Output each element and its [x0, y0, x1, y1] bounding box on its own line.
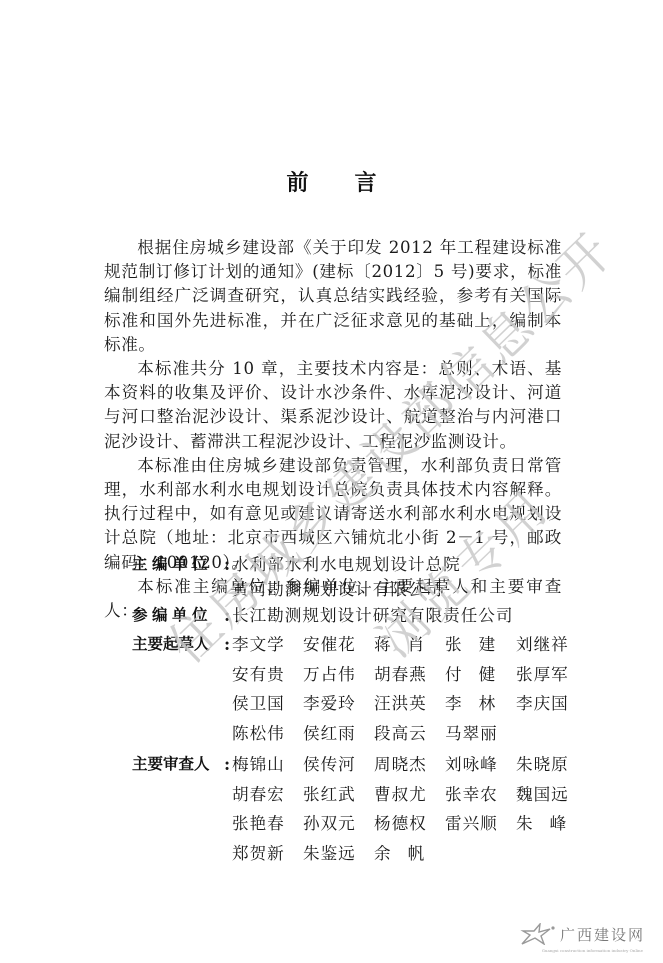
- drafter-name: 万占伟: [303, 660, 374, 690]
- page-title: 前言: [0, 166, 663, 197]
- drafter-name: 刘继祥: [516, 630, 587, 660]
- drafter-name: 马翠丽: [445, 719, 516, 749]
- reviewer-name: 侯传河: [303, 750, 374, 780]
- drafter-name: 陈松伟: [232, 719, 303, 749]
- reviewer-name: 孙双元: [303, 809, 374, 839]
- reviewer-name: 张幸农: [445, 780, 516, 810]
- drafter-name: 蒋肖: [374, 630, 445, 660]
- drafter-name: 李爱玲: [303, 689, 374, 719]
- drafter-name: 胡春燕: [374, 660, 445, 690]
- drafters-row: 主要起草人 : 李文学 安催花 蒋肖 张建 刘继祥 安有贵 万占伟 胡春燕 付健…: [132, 630, 572, 748]
- reviewers-row: 主要审查人 : 梅锦山 侯传河 周晓杰 刘咏峰 朱晓原 胡春宏 张红武 曹叔尤 …: [132, 750, 572, 868]
- reviewer-name: 杨德权: [374, 809, 445, 839]
- reviewer-name: 郑贺新: [232, 839, 303, 869]
- drafter-name: 李林: [445, 689, 516, 719]
- drafter-name: 李庆国: [516, 689, 587, 719]
- reviewers-label: 主要审查人: [132, 750, 224, 780]
- drafter-name: 安催花: [303, 630, 374, 660]
- drafter-name: 侯红雨: [303, 719, 374, 749]
- colon: :: [224, 630, 232, 660]
- reviewer-name: 周晓杰: [374, 750, 445, 780]
- drafter-name: 汪洪英: [374, 689, 445, 719]
- reviewer-name: 朱鉴远: [303, 839, 374, 869]
- reviewer-name: 胡春宏: [232, 780, 303, 810]
- reviewer-name: 雷兴顺: [445, 809, 516, 839]
- drafter-name: 张厚军: [516, 660, 587, 690]
- drafter-name: 张建: [445, 630, 516, 660]
- chief-units-row: 主编单位 : 水利部水利水电规划设计总院 黄河勘测规划设计有限公司: [132, 552, 572, 602]
- logo-name: 广西建设网: [560, 924, 645, 945]
- reviewer-name: 余帆: [374, 839, 445, 869]
- reviewer-name: 刘咏峰: [445, 750, 516, 780]
- site-logo: 广西建设网: [520, 923, 645, 945]
- paragraph-2: 本标准共分 10 章，主要技术内容是：总则、术语、基本资料的收集及评价、设计水沙…: [104, 357, 562, 454]
- credits-section: 主编单位 : 水利部水利水电规划设计总院 黄河勘测规划设计有限公司 参编单位 :…: [132, 552, 572, 868]
- chief-unit: 水利部水利水电规划设计总院: [232, 552, 572, 577]
- chief-units-values: 水利部水利水电规划设计总院 黄河勘测规划设计有限公司: [232, 552, 572, 602]
- reviewer-name: 张红武: [303, 780, 374, 810]
- logo-subtitle: Guangxi construction information industr…: [542, 948, 643, 953]
- colon: :: [224, 603, 232, 628]
- participating-unit: 长江勘测规划设计研究有限责任公司: [232, 603, 572, 628]
- colon: :: [224, 750, 232, 780]
- drafter-name: 侯卫国: [232, 689, 303, 719]
- reviewer-name: 张艳春: [232, 809, 303, 839]
- drafter-name: 李文学: [232, 630, 303, 660]
- paragraph-1: 根据住房城乡建设部《关于印发 2012 年工程建设标准规范制订修订计划的通知》(…: [104, 236, 562, 357]
- reviewer-name: 朱峰: [516, 809, 587, 839]
- participating-units-row: 参编单位 : 长江勘测规划设计研究有限责任公司: [132, 603, 572, 628]
- participating-units-label: 参编单位: [132, 603, 224, 628]
- chief-unit: 黄河勘测规划设计有限公司: [232, 577, 572, 602]
- participating-units-values: 长江勘测规划设计研究有限责任公司: [232, 603, 572, 628]
- drafter-name: 安有贵: [232, 660, 303, 690]
- reviewer-name: 梅锦山: [232, 750, 303, 780]
- drafters-list: 李文学 安催花 蒋肖 张建 刘继祥 安有贵 万占伟 胡春燕 付健 张厚军 侯卫国…: [232, 630, 587, 748]
- document-page: 前言 根据住房城乡建设部《关于印发 2012 年工程建设标准规范制订修订计划的通…: [0, 0, 663, 963]
- reviewers-list: 梅锦山 侯传河 周晓杰 刘咏峰 朱晓原 胡春宏 张红武 曹叔尤 张幸农 魏国远 …: [232, 750, 587, 868]
- chief-units-label: 主编单位: [132, 552, 224, 577]
- reviewer-name: 魏国远: [516, 780, 587, 810]
- colon: :: [224, 552, 232, 577]
- star-logo-icon: [520, 923, 556, 945]
- drafter-name: 段高云: [374, 719, 445, 749]
- drafters-label: 主要起草人: [132, 630, 224, 660]
- reviewer-name: 朱晓原: [516, 750, 587, 780]
- drafter-name: 付健: [445, 660, 516, 690]
- reviewer-name: 曹叔尤: [374, 780, 445, 810]
